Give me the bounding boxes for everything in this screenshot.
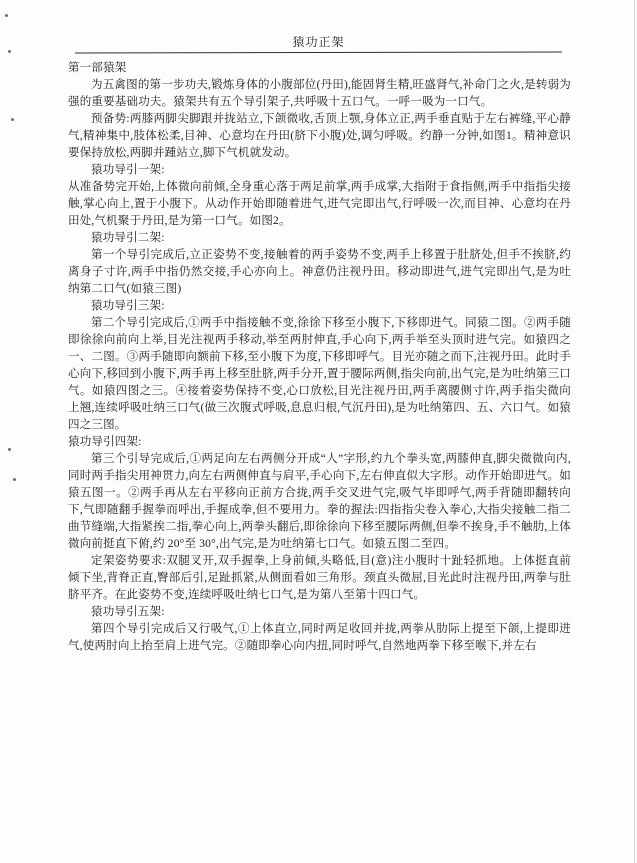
paragraph-frame-2: 第一个导引完成后,立正姿势不变,接触着的两手姿势不变,两手上移置于肚脐处,但手不… — [68, 247, 571, 298]
paragraph-frame-5: 第四个导引完成后又行吸气,①上体直立,同时两足收回并拢,两拳从肋际上提至下颌,上… — [68, 621, 571, 655]
header-rule — [75, 51, 562, 53]
section-heading-part-one: 第一部猿架 — [68, 60, 571, 77]
page-title: 猿功正架 — [0, 33, 637, 50]
scan-speck — [13, 478, 16, 481]
scan-speck — [11, 118, 14, 121]
paragraph-intro: 为五禽图的第一步功夫,锻炼身体的小腹部位(丹田),能固肾生精,旺盛肾气,补命门之… — [68, 77, 571, 111]
paragraph-fixed-posture: 定架姿势要求:双腿叉开,双手握拳,上身前倾,头略低,目(意)注小腹时十趾轻抓地。… — [68, 553, 571, 604]
section-heading-frame-3: 猿功导引三架: — [68, 298, 571, 315]
scanned-document-page: 猿功正架 第一部猿架 为五禽图的第一步功夫,锻炼身体的小腹部位(丹田),能固肾生… — [0, 0, 637, 863]
paragraph-frame-3: 第二个导引完成后,①两手中指接触不变,徐徐下移至小腹下,下移即进气。同猿二图。②… — [68, 315, 571, 434]
paragraph-frame-4: 第三个引导完成后,①两足向左右两侧分开成“人”字形,约九个拳头宽,两膝伸直,脚尖… — [68, 451, 571, 553]
section-heading-frame-5: 猿功导引五架: — [68, 604, 571, 621]
scan-speck — [5, 14, 8, 17]
scan-speck — [8, 448, 11, 451]
document-body: 第一部猿架 为五禽图的第一步功夫,锻炼身体的小腹部位(丹田),能固肾生精,旺盛肾… — [68, 60, 571, 655]
paragraph-preparation: 预备势:两膝两脚尖脚跟并拢站立,下颌微收,舌顶上颚,身体立正,两手垂直贴于左右裤… — [68, 111, 571, 162]
scan-edge-line — [634, 0, 635, 863]
paragraph-frame-1: 从准备势完开始,上体微向前倾,全身重心落于两足前掌,两手成掌,大指附于食指侧,两… — [68, 179, 571, 230]
section-heading-frame-1: 猿功导引一架: — [68, 162, 571, 179]
section-heading-frame-4: 猿功导引四架: — [68, 434, 571, 451]
section-heading-frame-2: 猿功导引二架: — [68, 230, 571, 247]
scan-speck — [8, 50, 11, 53]
